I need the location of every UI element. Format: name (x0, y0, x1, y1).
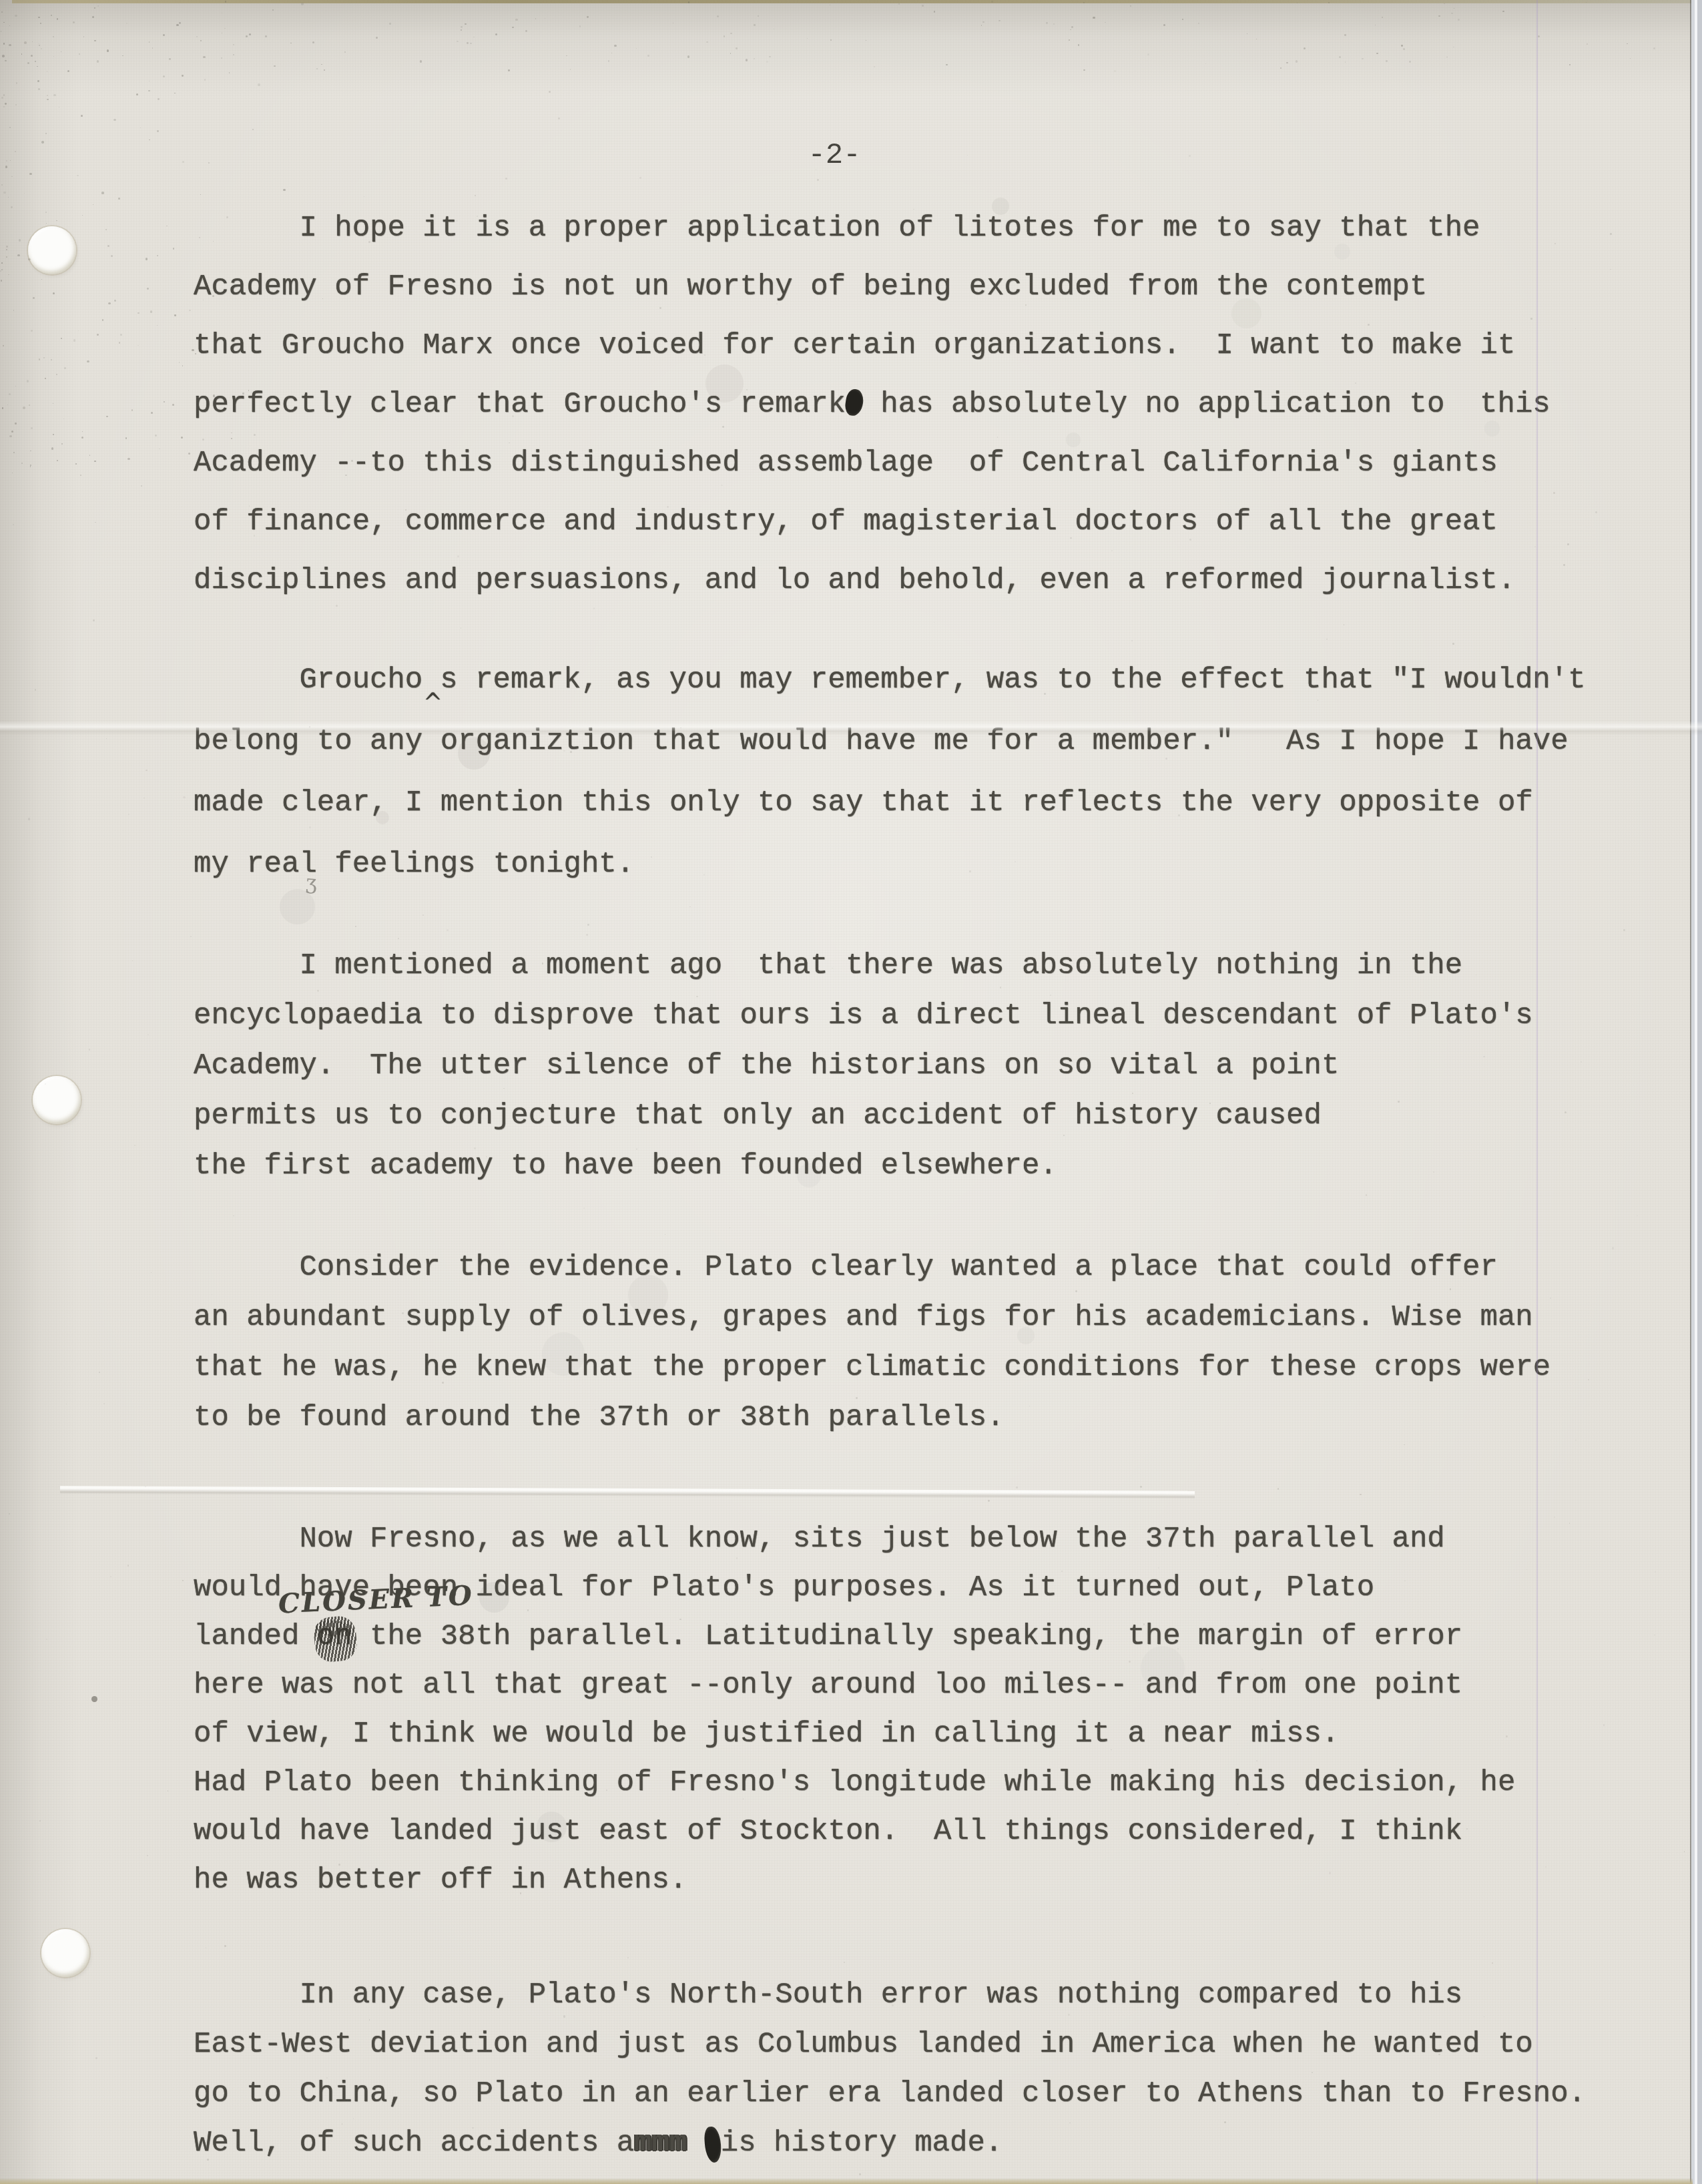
text-line: encyclopaedia to disprove that ours is a… (194, 991, 1533, 1041)
caret-icon: ^ (423, 690, 443, 716)
inline-edit: onCLOSER TO (317, 1613, 352, 1661)
ink-blot (703, 2126, 722, 2163)
text-line: he was better off in Athens. (194, 1856, 1515, 1905)
paragraph: I hope it is a proper application of lit… (194, 199, 1550, 610)
text-line: made clear, I mention this only to say t… (194, 772, 1586, 834)
ink-blot (844, 388, 864, 417)
text-line: belong to any organiztion that would hav… (194, 711, 1586, 772)
paragraph: I mentioned a moment ago that there was … (194, 941, 1533, 1191)
caret-annotation: ^ (422, 658, 440, 688)
text-line: Consider the evidence. Plato clearly wan… (194, 1243, 1550, 1293)
text-line: of finance, commerce and industry, of ma… (194, 493, 1550, 551)
text-line: Well, of such accidents ammm is history … (194, 2119, 1586, 2168)
overstruck-text: mmm (634, 2127, 687, 2160)
text-line: Academy --to this distinguished assembla… (194, 434, 1550, 493)
text-line: I hope it is a proper application of lit… (194, 199, 1550, 258)
text-line: I mentioned a moment ago that there was … (194, 941, 1533, 991)
paragraph: Groucho^s remark, as you may remember, w… (194, 649, 1586, 895)
text-line: here was not all that great --only aroun… (194, 1661, 1515, 1710)
stray-mark: ʒ (305, 872, 318, 893)
paragraph: Now Fresno, as we all know, sits just be… (194, 1515, 1515, 1905)
text-line: East-West deviation and just as Columbus… (194, 2020, 1586, 2069)
text-line: Groucho^s remark, as you may remember, w… (194, 649, 1586, 711)
typewritten-text: I hope it is a proper application of lit… (0, 0, 1702, 2184)
scanned-page: { "page": { "number_label": "-2-", "pape… (0, 0, 1702, 2184)
text-line: an abundant supply of olives, grapes and… (194, 1293, 1550, 1343)
scan-artifact-line (1536, 0, 1538, 2184)
text-line: of view, I think we would be justified i… (194, 1710, 1515, 1759)
text-line: Academy. The utter silence of the histor… (194, 1041, 1533, 1091)
text-line: the first academy to have been founded e… (194, 1141, 1533, 1191)
text-line: perfectly clear that Groucho's remark ha… (194, 375, 1550, 434)
punch-hole (41, 1929, 89, 1977)
text-line: my real feelings tonight. (194, 834, 1586, 895)
text-line: permits us to conjecture that only an ac… (194, 1091, 1533, 1141)
text-line: go to China, so Plato in an earlier era … (194, 2069, 1586, 2119)
handwritten-note: CLOSER TO (277, 1571, 475, 1629)
text-line: that Groucho Marx once voiced for certai… (194, 316, 1550, 375)
text-line: landed onCLOSER TO the 38th parallel. La… (194, 1613, 1515, 1661)
text-line: Had Plato been thinking of Fresno's long… (194, 1759, 1515, 1808)
text-line: that he was, he knew that the proper cli… (194, 1343, 1550, 1393)
text-line: to be found around the 37th or 38th para… (194, 1393, 1550, 1443)
punch-hole (33, 1076, 81, 1124)
stray-mark (91, 1696, 97, 1702)
text-line: would have landed just east of Stockton.… (194, 1808, 1515, 1856)
paragraph: Consider the evidence. Plato clearly wan… (194, 1243, 1550, 1443)
text-line: disciplines and persuasions, and lo and … (194, 551, 1550, 610)
text-line: In any case, Plato's North-South error w… (194, 1970, 1586, 2020)
paragraph: In any case, Plato's North-South error w… (194, 1970, 1586, 2168)
text-line: Academy of Fresno is not un worthy of be… (194, 258, 1550, 316)
text-line: Now Fresno, as we all know, sits just be… (194, 1515, 1515, 1564)
punch-hole (28, 226, 76, 274)
